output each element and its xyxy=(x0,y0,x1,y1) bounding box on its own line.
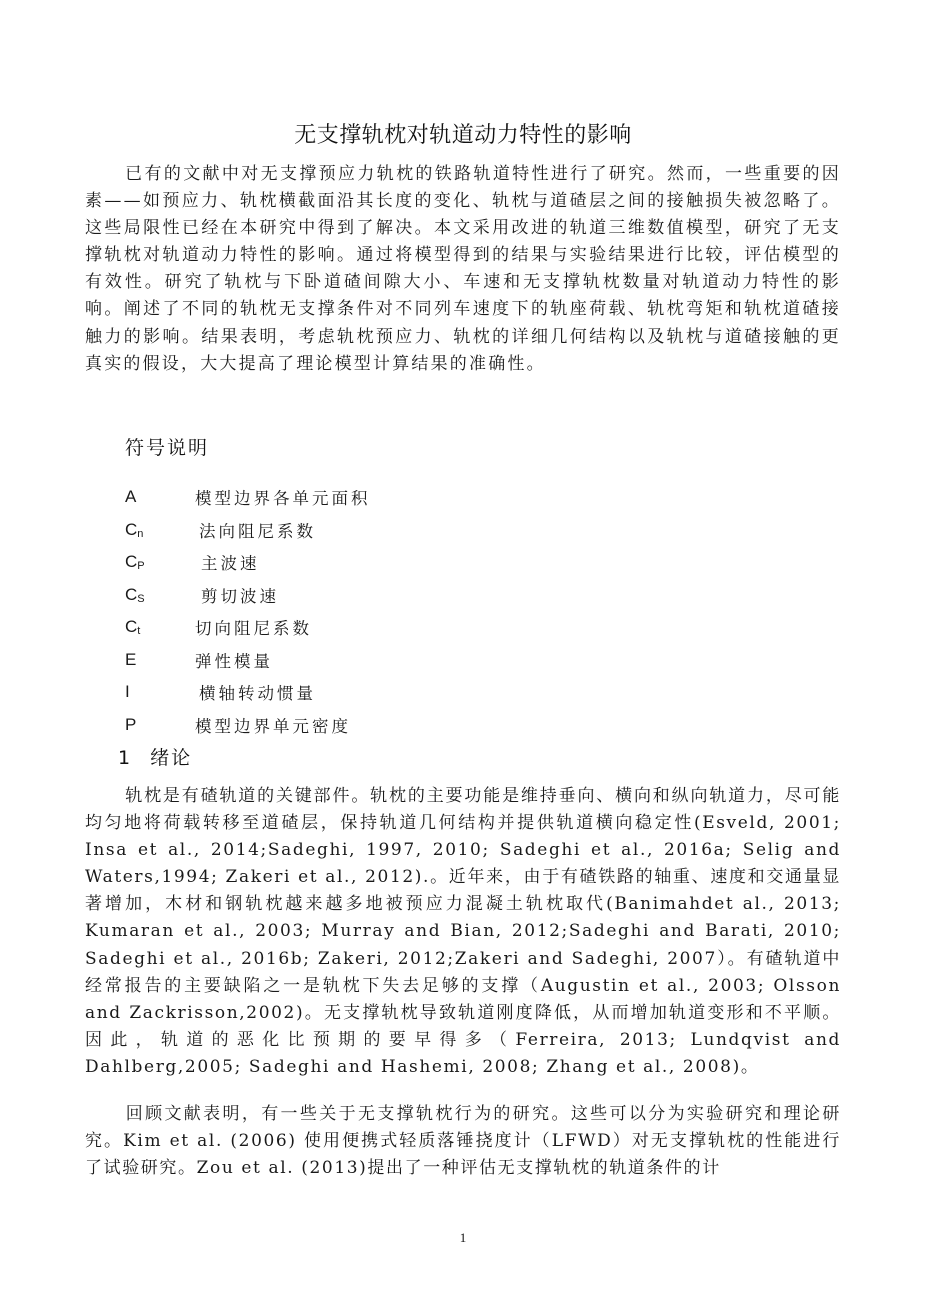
section-number: 1 xyxy=(118,747,132,769)
nomenclature-item: Cn 法向阻尼系数 xyxy=(125,514,625,547)
nomenclature-item: CP 主波速 xyxy=(125,546,625,579)
nomenclature-item: Ct 切向阻尼系数 xyxy=(125,611,625,644)
introduction-paragraph-2: 回顾文献表明，有一些关于无支撑轨枕行为的研究。这些可以分为实验研究和理论研究。K… xyxy=(85,1101,841,1182)
section-heading-introduction: 1绪论 xyxy=(118,745,192,771)
symbol-description: 主波速 xyxy=(201,550,260,574)
nomenclature-item: E 弹性模量 xyxy=(125,644,625,677)
nomenclature-item: CS 剪切波速 xyxy=(125,579,625,612)
section-title: 绪论 xyxy=(150,747,192,769)
abstract-paragraph: 已有的文献中对无支撑预应力轨枕的铁路轨道特性进行了研究。然而，一些重要的因素——… xyxy=(85,161,841,378)
symbol-description: 切向阻尼系数 xyxy=(195,615,312,639)
page-number: 1 xyxy=(0,1230,926,1246)
paper-title: 无支撑轨枕对轨道动力特性的影响 xyxy=(85,121,841,151)
symbol: A xyxy=(125,487,195,507)
nomenclature-list: A 模型边界各单元面积 Cn 法向阻尼系数 CP 主波速 CS 剪切波速 Ct … xyxy=(125,481,625,741)
paragraph-text: 回顾文献表明，有一些关于无支撑轨枕行为的研究。这些可以分为实验研究和理论研究。K… xyxy=(85,1104,841,1178)
symbol-description: 模型边界单元密度 xyxy=(195,713,351,737)
symbol-description: 横轴转动惯量 xyxy=(199,680,316,704)
introduction-paragraph-1: 轨枕是有碴轨道的关键部件。轨枕的主要功能是维持垂向、横向和纵向轨道力，尽可能均匀… xyxy=(85,783,841,1081)
symbol: P xyxy=(125,715,195,735)
symbol-description: 模型边界各单元面积 xyxy=(195,485,371,509)
paragraph-text: 轨枕是有碴轨道的关键部件。轨枕的主要功能是维持垂向、横向和纵向轨道力，尽可能均匀… xyxy=(85,786,841,1077)
symbol: CP xyxy=(125,552,195,572)
symbol: E xyxy=(125,650,195,670)
nomenclature-item: A 模型边界各单元面积 xyxy=(125,481,625,514)
symbol: Ct xyxy=(125,617,195,637)
symbol: I xyxy=(125,682,195,702)
symbol: CS xyxy=(125,585,195,605)
symbol-description: 剪切波速 xyxy=(201,583,279,607)
nomenclature-heading: 符号说明 xyxy=(125,435,209,461)
symbol-description: 弹性模量 xyxy=(195,648,273,672)
symbol-description: 法向阻尼系数 xyxy=(199,518,316,542)
symbol: Cn xyxy=(125,520,195,540)
nomenclature-item: P 模型边界单元密度 xyxy=(125,709,625,742)
nomenclature-item: I 横轴转动惯量 xyxy=(125,676,625,709)
abstract-text: 已有的文献中对无支撑预应力轨枕的铁路轨道特性进行了研究。然而，一些重要的因素——… xyxy=(85,164,841,374)
